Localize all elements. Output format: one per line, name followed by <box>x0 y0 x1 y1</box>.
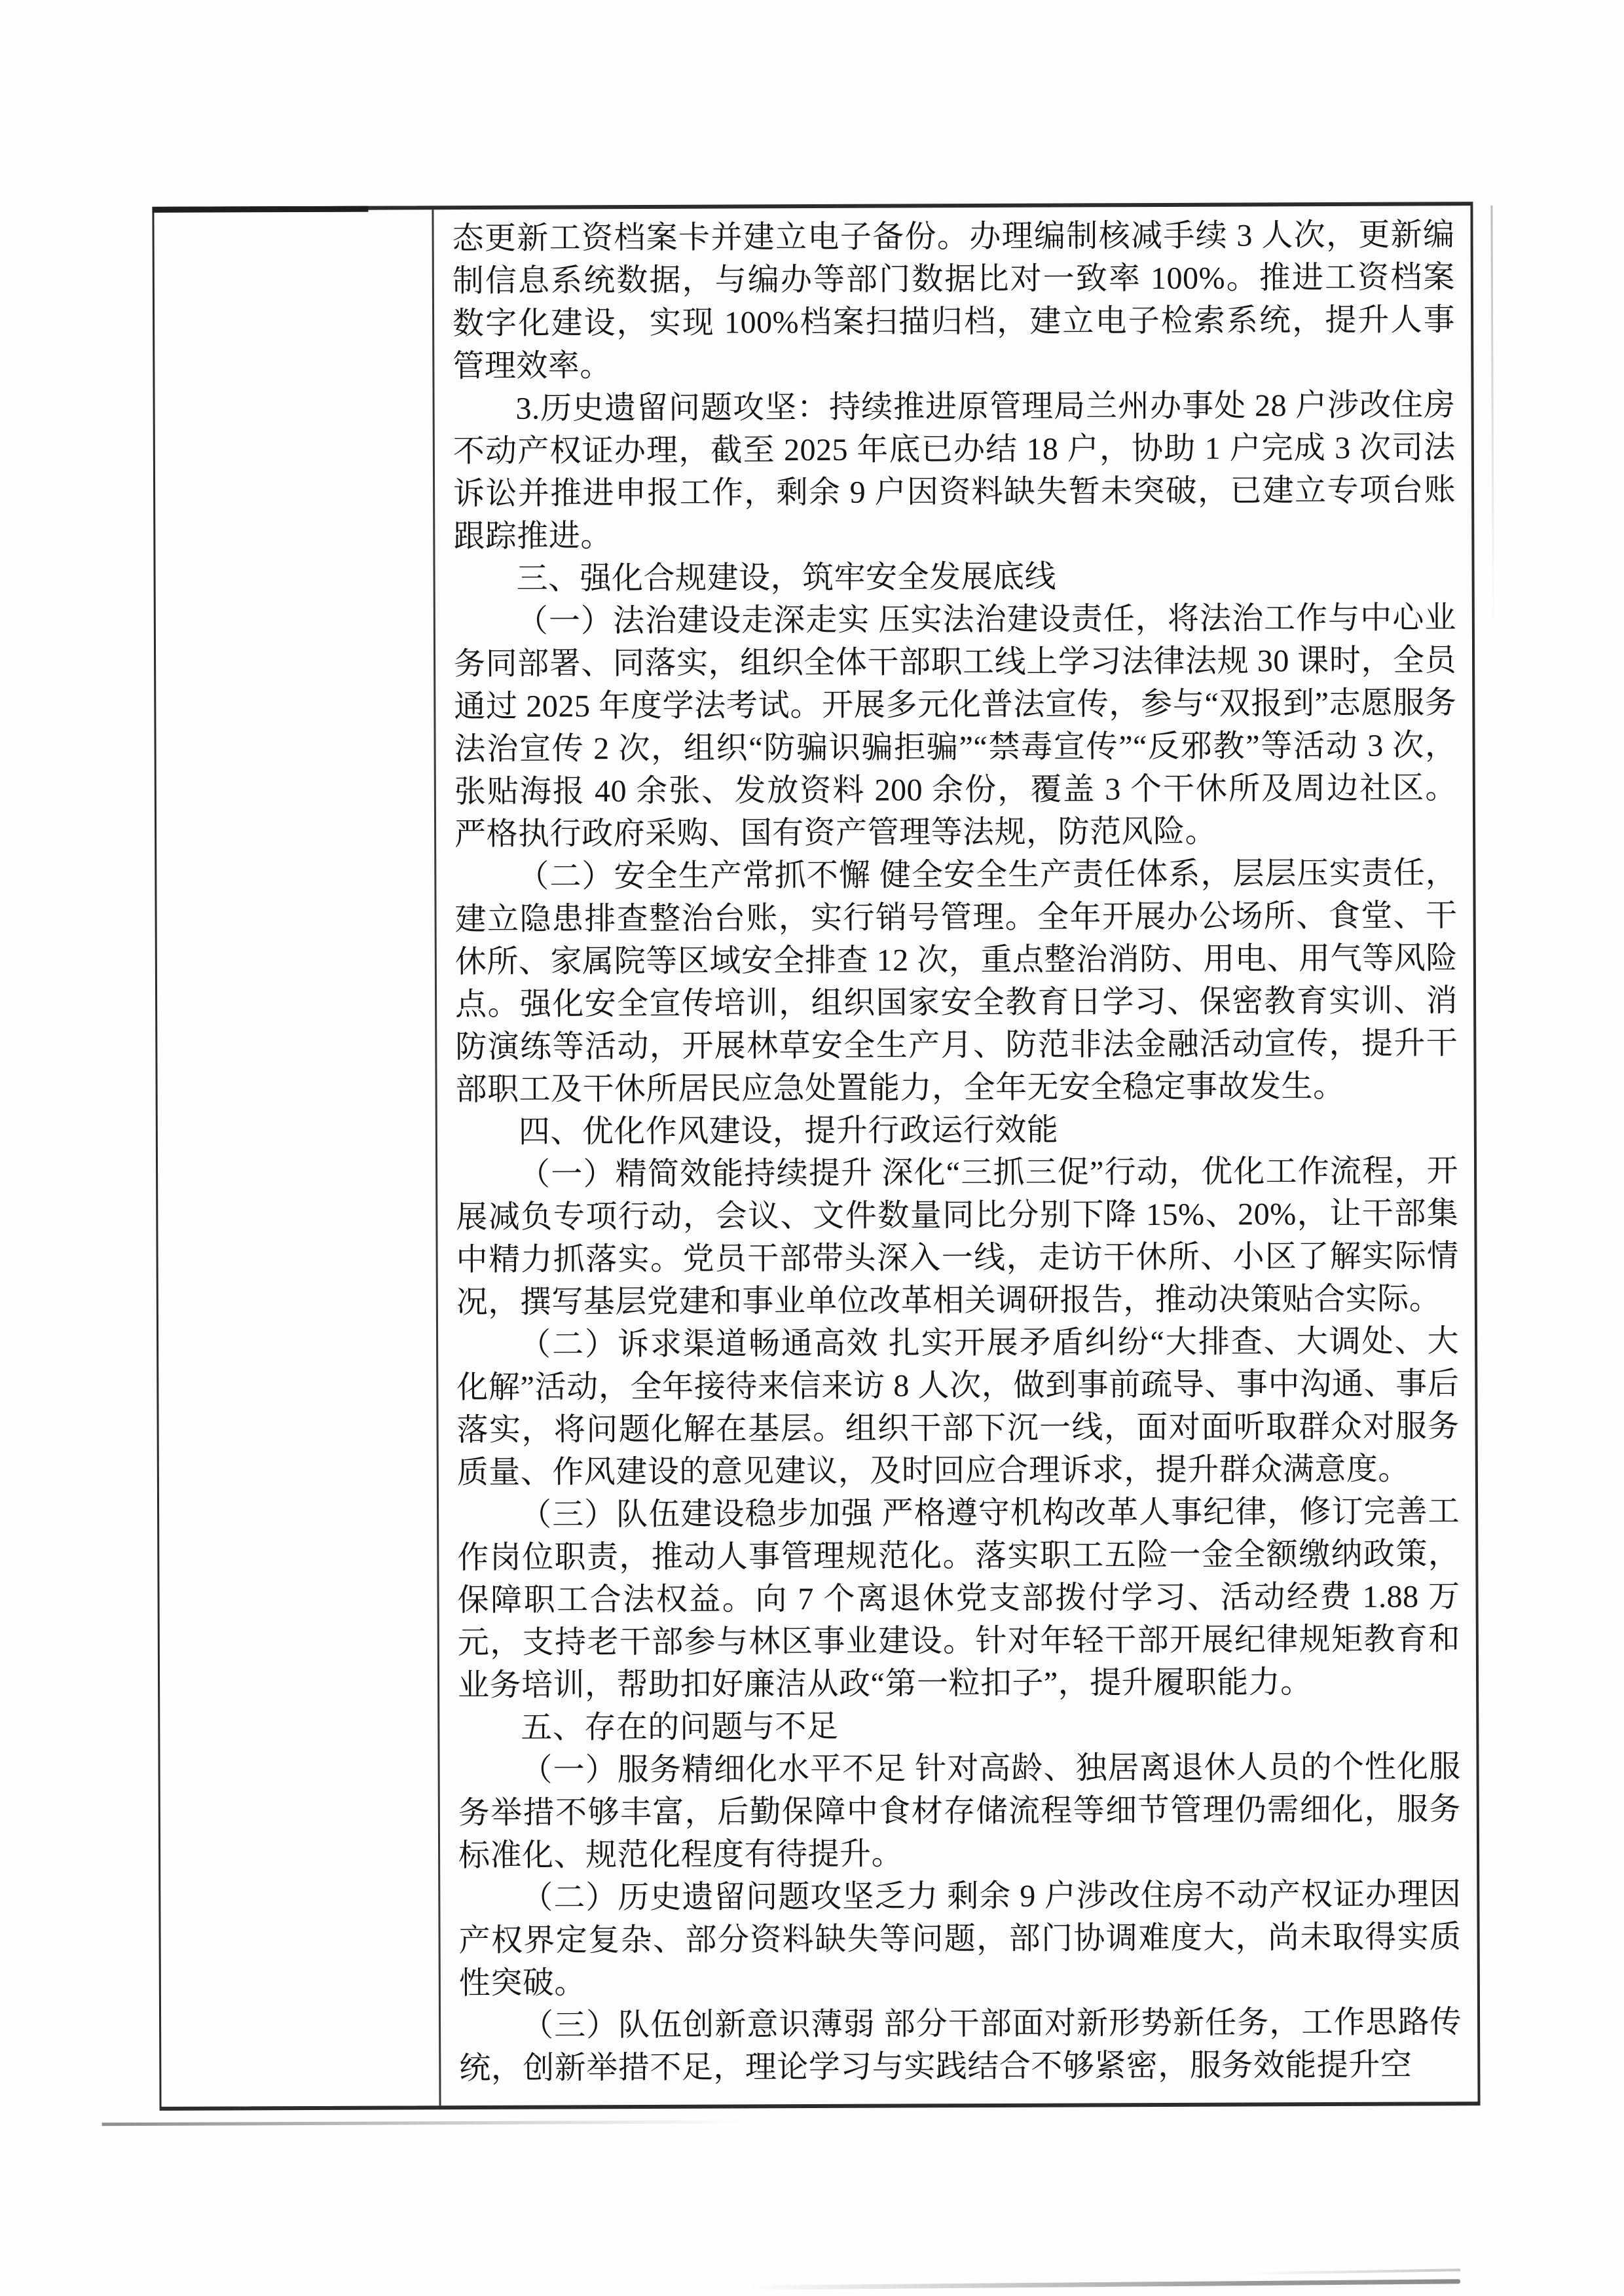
paragraph: （三）队伍建设稳步加强 严格遵守机构改革人事纪律，修订完善工作岗位职责，推动人事… <box>457 1490 1460 1707</box>
scan-artifact-right-edge-shadow <box>1490 206 1494 625</box>
paragraph: （一）法治建设走深走实 压实法治建设责任，将法治工作与中心业务同部署、同落实，组… <box>454 596 1457 856</box>
paragraph: 3.历史遗留问题攻坚：持续推进原管理局兰州办事处 28 户涉改住房不动产权证办理… <box>452 384 1456 558</box>
paragraph: （一）服务精细化水平不足 针对高龄、独居离退休人员的个性化服务举措不够丰富，后勤… <box>458 1745 1461 1877</box>
paragraph: （一）精简效能持续提升 深化“三抓三促”行动，优化工作流程，开展减负专项行动，会… <box>456 1150 1459 1324</box>
scanned-page: 态更新工资档案卡并建立电子备份。办理编制核减手续 3 人次，更新编制信息系统数据… <box>0 0 1624 2296</box>
content-column: 态更新工资档案卡并建立电子备份。办理编制核减手续 3 人次，更新编制信息系统数据… <box>434 206 1477 2105</box>
paragraph: （二）安全生产常抓不懈 健全安全生产责任体系，层层压实责任，建立隐患排查整治台账… <box>454 852 1458 1111</box>
section-heading: 四、优化作风建设，提升行政运行效能 <box>456 1107 1458 1154</box>
paragraph: （二）诉求渠道畅通高效 扎实开展矛盾纠纷“大排查、大调处、大化解”活动，全年接待… <box>456 1320 1460 1494</box>
label-column <box>154 210 441 2107</box>
scan-tilt-wrapper: 态更新工资档案卡并建立电子备份。办理编制核减手续 3 人次，更新编制信息系统数据… <box>0 0 1624 2296</box>
paragraph: （二）历史遗留问题攻坚乏力 剩余 9 户涉改住房不动产权证办理因产权界定复杂、部… <box>458 1873 1462 2005</box>
paragraph: （三）队伍创新意识薄弱 部分干部面对新形势新任务，工作思路传统，创新举措不足，理… <box>459 2001 1462 2090</box>
section-heading: 三、强化合规建设，筑牢安全发展底线 <box>453 554 1456 600</box>
paragraph: 态更新工资档案卡并建立电子备份。办理编制核减手续 3 人次，更新编制信息系统数据… <box>452 213 1455 388</box>
scan-artifact-top-border-bar <box>152 206 368 213</box>
document-table: 态更新工资档案卡并建立电子备份。办理编制核减手续 3 人次，更新编制信息系统数据… <box>152 202 1480 2111</box>
section-heading: 五、存在的问题与不足 <box>458 1703 1460 1749</box>
scan-artifact-under-table-shadow <box>102 2120 744 2126</box>
